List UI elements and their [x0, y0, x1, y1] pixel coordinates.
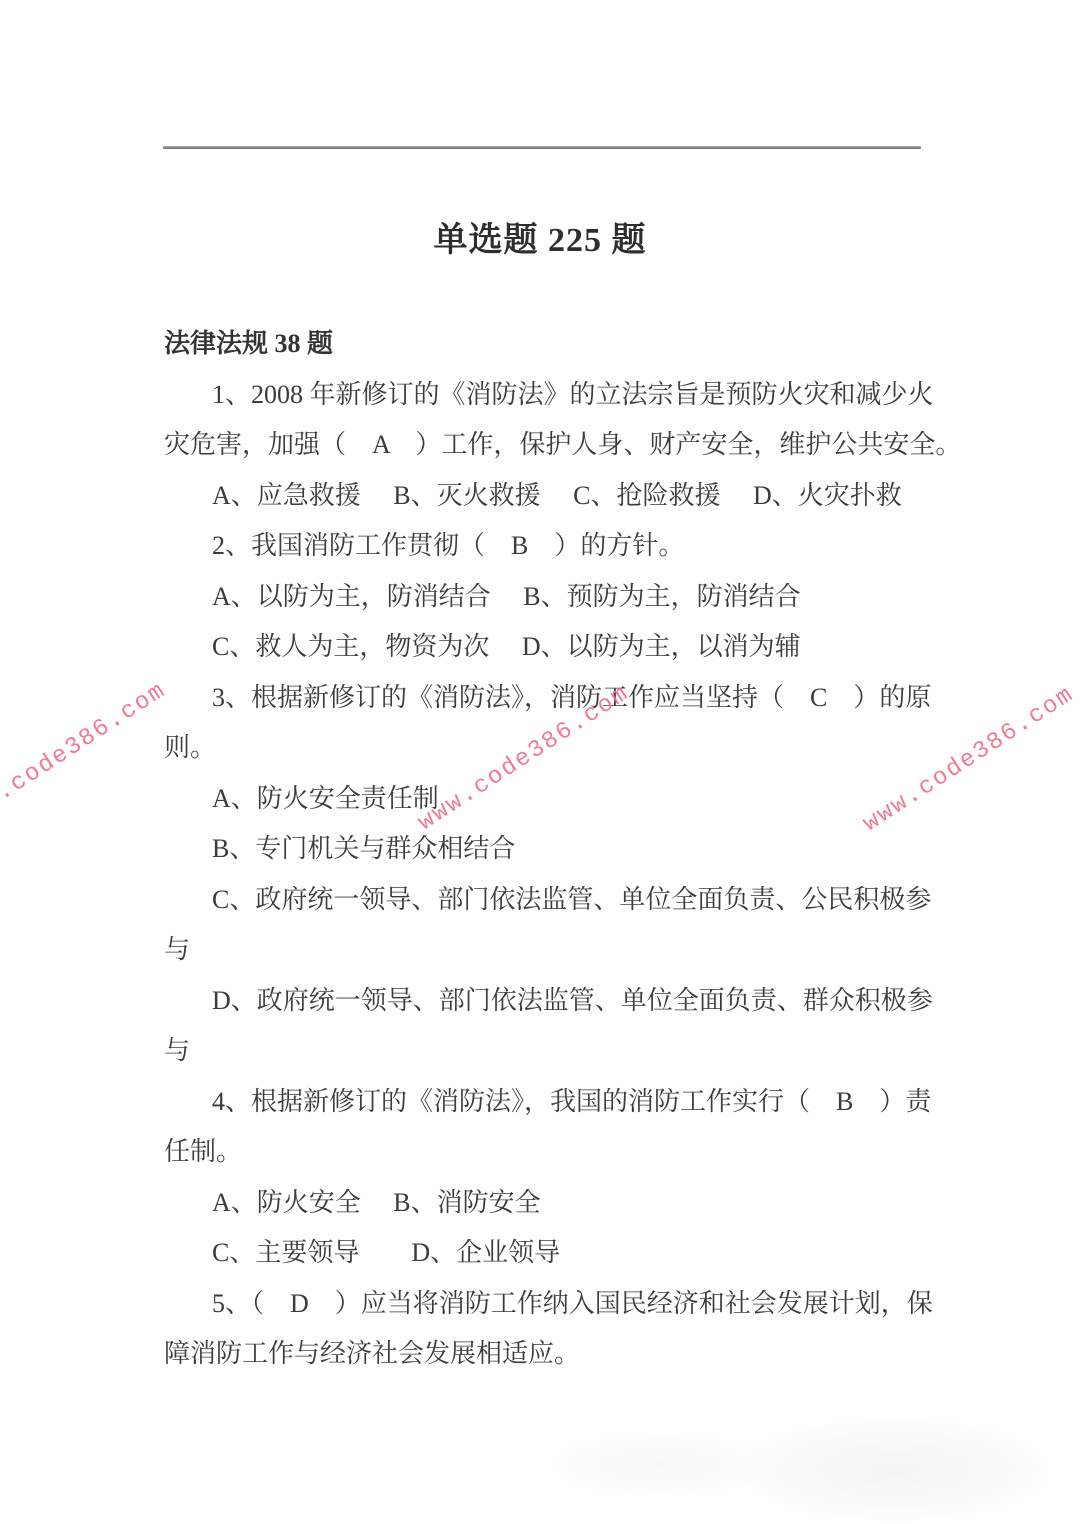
text-line: A、以防为主，防消结合 B、预防为主，防消结合	[164, 572, 926, 623]
scan-smudge	[540, 1430, 780, 1500]
text-line: A、防火安全责任制	[164, 774, 926, 825]
text-line: A、防火安全 B、消防安全	[164, 1178, 926, 1229]
text-line: C、政府统一领导、部门依法监管、单位全面负责、公民积极参	[164, 875, 926, 926]
document-page: 单选题 225 题 法律法规 38 题1、2008 年新修订的《消防法》的立法宗…	[0, 0, 1080, 1524]
text-line: A、应急救援 B、灭火救援 C、抢险救援 D、火灾扑救	[164, 471, 926, 522]
text-line: 与	[164, 925, 926, 976]
text-line: D、政府统一领导、部门依法监管、单位全面负责、群众积极参	[164, 976, 926, 1027]
watermark-text: www.code386.com	[0, 677, 172, 834]
text-block: 法律法规 38 题1、2008 年新修订的《消防法》的立法宗旨是预防火灾和减少火…	[164, 319, 926, 1380]
scan-smudge	[730, 1415, 1060, 1524]
text-line: B、专门机关与群众相结合	[164, 824, 926, 875]
text-line: 1、2008 年新修订的《消防法》的立法宗旨是预防火灾和减少火	[164, 370, 926, 421]
text-line: 与	[164, 1026, 926, 1077]
section-heading: 法律法规 38 题	[164, 319, 926, 370]
text-line: 2、我国消防工作贯彻（ B ）的方针。	[164, 521, 926, 572]
text-line: 任制。	[164, 1127, 926, 1178]
text-line: 障消防工作与经济社会发展相适应。	[164, 1329, 926, 1380]
text-line: 则。	[164, 723, 926, 774]
page-title: 单选题 225 题	[0, 212, 1080, 261]
text-line: 灾危害，加强（ A ）工作，保护人身、财产安全，维护公共安全。	[164, 420, 926, 471]
text-line: 4、根据新修订的《消防法》，我国的消防工作实行（ B ）责	[164, 1077, 926, 1128]
header-rule	[163, 146, 921, 149]
text-line: 3、根据新修订的《消防法》，消防工作应当坚持（ C ）的原	[164, 673, 926, 724]
text-line: 5、（ D ）应当将消防工作纳入国民经济和社会发展计划，保	[164, 1279, 926, 1330]
text-line: C、主要领导 D、企业领导	[164, 1228, 926, 1279]
text-line: C、救人为主，物资为次 D、以防为主，以消为辅	[164, 622, 926, 673]
